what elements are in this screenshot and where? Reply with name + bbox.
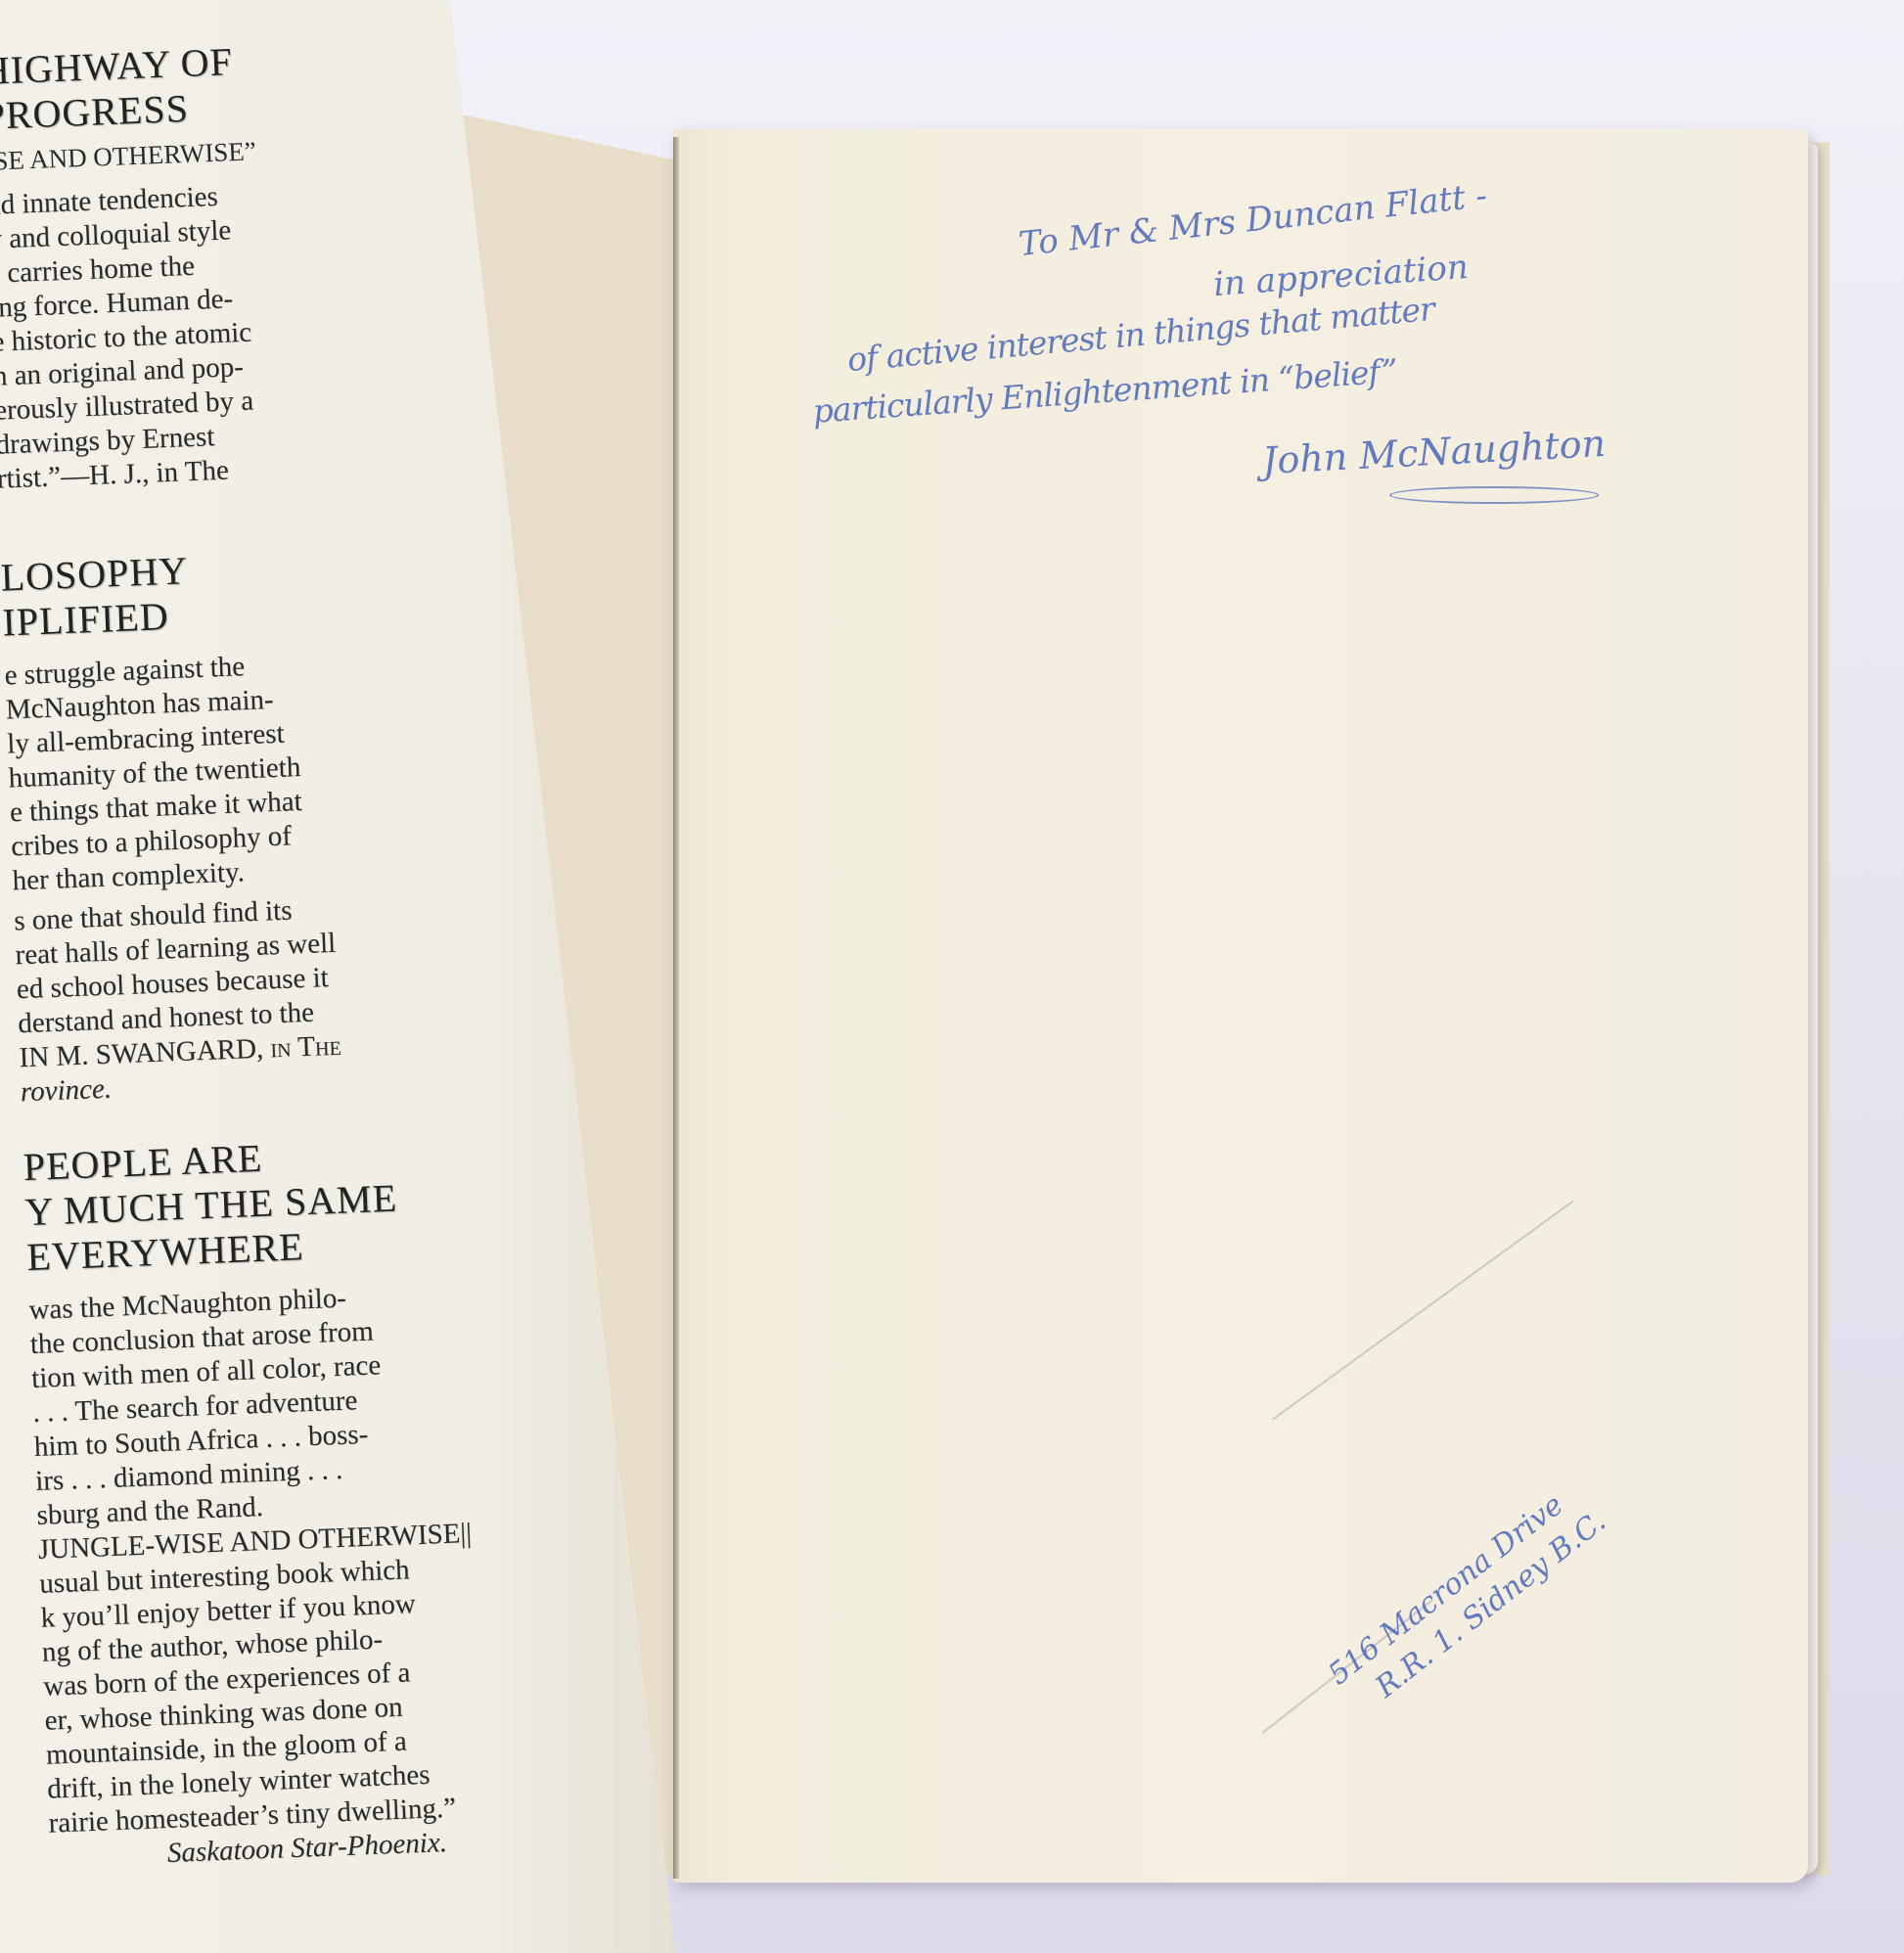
section-heading: LOSOPHY IPLIFIED xyxy=(0,536,512,646)
review-paragraph: was the McNaughton philo- the conclusion… xyxy=(28,1274,559,1876)
flap-text: HIGHWAY OF PROGRESS ISE AND OTHERWISE” n… xyxy=(0,29,561,1911)
review-paragraph: e struggle against the McNaughton has ma… xyxy=(4,640,529,1111)
section-heading: HIGHWAY OF PROGRESS xyxy=(0,29,492,139)
review-section-3: PEOPLE ARE Y MUCH THE SAME EVERYWHERE wa… xyxy=(23,1125,559,1875)
signature-flourish xyxy=(1389,486,1599,504)
review-section-1: HIGHWAY OF PROGRESS ISE AND OTHERWISE” n… xyxy=(0,29,506,497)
section-heading: PEOPLE ARE Y MUCH THE SAME EVERYWHERE xyxy=(23,1125,536,1280)
book-gutter xyxy=(673,137,679,1879)
review-section-2: LOSOPHY IPLIFIED e struggle against the … xyxy=(0,536,529,1111)
review-paragraph: nd innate tendencies y and colloquial st… xyxy=(0,169,506,497)
